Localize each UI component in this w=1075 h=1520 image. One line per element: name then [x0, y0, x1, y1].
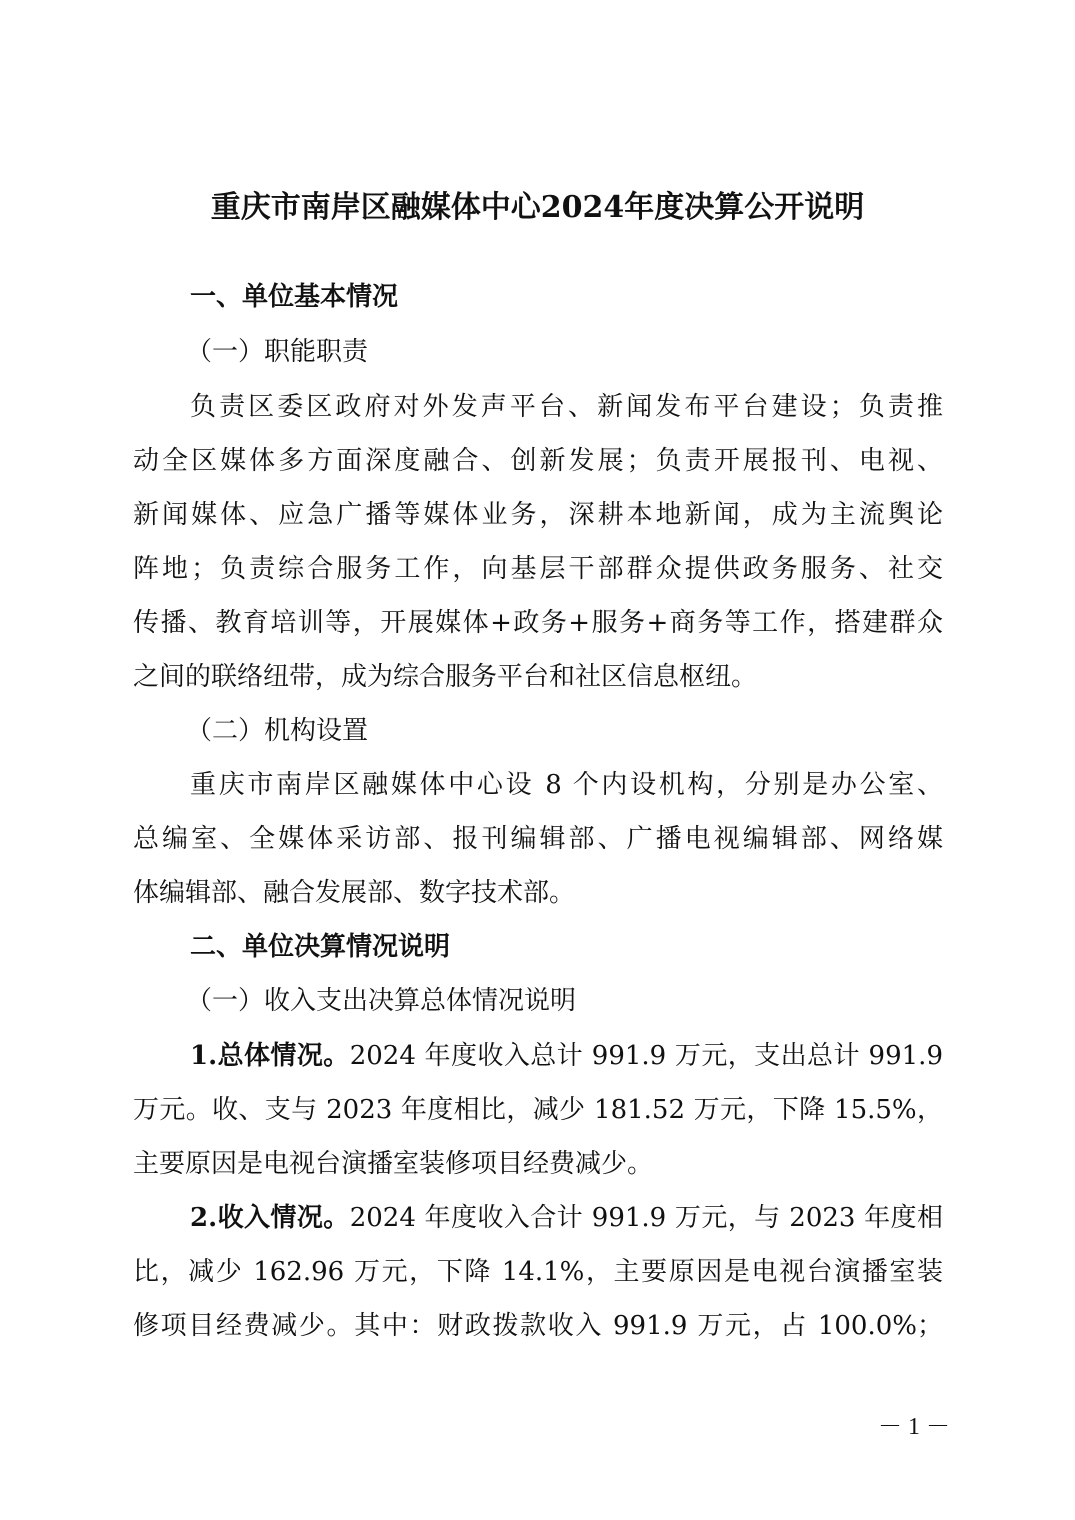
paragraph-line: 比，减少 162.96 万元，下降 14.1%，主要原因是电视台演播室装 [133, 1254, 943, 1290]
subheading-organization: （二）机构设置 [186, 713, 368, 749]
page-number: － 1 － [878, 1412, 950, 1442]
paragraph-line: 修项目经费减少。其中：财政拨款收入 991.9 万元，占 100.0%； [133, 1308, 943, 1344]
paragraph-line-overall: 1.总体情况。2024 年度收入总计 991.9 万元，支出总计 991.9 [190, 1038, 943, 1074]
item-text: 2024 年度收入总计 991.9 万元，支出总计 991.9 [350, 1041, 943, 1071]
document-title: 重庆市南岸区融媒体中心2024年度决算公开说明 [0, 186, 1075, 230]
paragraph-line: 重庆市南岸区融媒体中心设 8 个内设机构，分别是办公室、 [190, 767, 943, 803]
paragraph-line: 总编室、全媒体采访部、报刊编辑部、广播电视编辑部、网络媒 [133, 821, 943, 857]
paragraph-line: 新闻媒体、应急广播等媒体业务，深耕本地新闻，成为主流舆论 [133, 497, 943, 533]
document-page: 重庆市南岸区融媒体中心2024年度决算公开说明 一、单位基本情况 （一）职能职责… [0, 0, 1075, 1520]
paragraph-line: 负责区委区政府对外发声平台、新闻发布平台建设；负责推 [190, 389, 943, 425]
item-text: 2024 年度收入合计 991.9 万元，与 2023 年度相 [350, 1203, 943, 1233]
subheading-income-expense-overview: （一）收入支出决算总体情况说明 [186, 983, 576, 1019]
paragraph-line: 万元。收、支与 2023 年度相比，减少 181.52 万元，下降 15.5%， [133, 1092, 943, 1128]
paragraph-line: 动全区媒体多方面深度融合、创新发展；负责开展报刊、电视、 [133, 443, 943, 479]
paragraph-line: 传播、教育培训等，开展媒体+政务+服务+商务等工作，搭建群众 [133, 605, 943, 641]
section-heading-basic-info: 一、单位基本情况 [190, 279, 398, 315]
paragraph-line: 之间的联络纽带，成为综合服务平台和社区信息枢纽。 [133, 659, 943, 695]
item-lead-overall: 1.总体情况。 [190, 1041, 350, 1071]
paragraph-line: 主要原因是电视台演播室装修项目经费减少。 [133, 1146, 943, 1182]
item-lead-income: 2.收入情况。 [190, 1203, 350, 1233]
section-heading-final-accounts: 二、单位决算情况说明 [190, 929, 450, 965]
paragraph-line: 阵地；负责综合服务工作，向基层干部群众提供政务服务、社交 [133, 551, 943, 587]
paragraph-line: 体编辑部、融合发展部、数字技术部。 [133, 875, 943, 911]
subheading-functions: （一）职能职责 [186, 334, 368, 370]
paragraph-line-income: 2.收入情况。2024 年度收入合计 991.9 万元，与 2023 年度相 [190, 1200, 943, 1236]
